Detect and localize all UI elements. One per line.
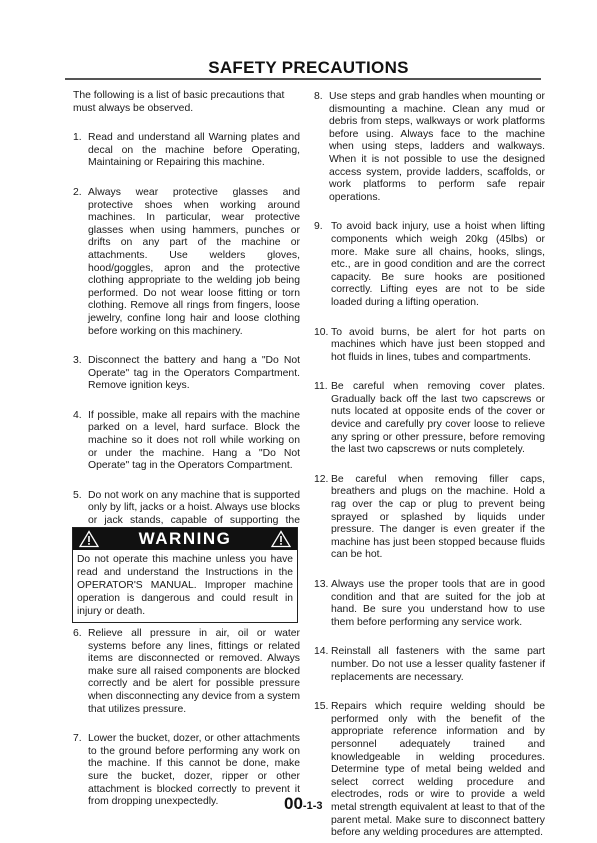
warning-text: Do not operate this machine unless you h… [73,550,297,622]
precaution-item-10: 10. To avoid burns, be alert for hot par… [314,327,545,365]
warning-triangle-icon [79,530,99,548]
item-text: Relieve all pressure in air, oil or wate… [88,628,300,715]
precaution-item-12: 12. Be careful when removing filler caps… [314,474,545,562]
item-number: 3. [73,355,82,368]
item-text: Repairs which require welding should be … [331,701,545,838]
precaution-item-4: 4. If possible, make all repairs with th… [73,410,300,473]
title-rule [65,78,541,80]
item-number: 11. [314,381,328,394]
page-number: 00-1-3 [284,794,322,814]
item-text: To avoid burns, be alert for hot parts o… [331,327,545,363]
item-number: 9. [314,221,323,234]
page-title: SAFETY PRECAUTIONS [0,58,597,78]
item-text: Always wear protective glasses and prote… [88,187,300,337]
right-column: 8. Use steps and grab handles when mount… [314,91,545,840]
item-number: 14. [314,646,328,659]
item-text: Read and understand all Warning plates a… [88,132,300,168]
item-text: Lower the bucket, dozer, or other attach… [88,733,300,807]
warning-title: WARNING [139,529,232,549]
left-column-lower: 6. Relieve all pressure in air, oil or w… [73,628,300,809]
item-number: 2. [73,187,82,200]
precaution-item-8: 8. Use steps and grab handles when mount… [314,91,545,204]
precaution-item-9: 9. To avoid back injury, use a hoist whe… [314,221,545,309]
item-number: 4. [73,410,82,423]
item-number: 15. [314,701,328,714]
item-text: Disconnect the battery and hang a "Do No… [88,355,300,391]
item-number: 1. [73,132,82,145]
item-text: Always use the proper tools that are in … [331,579,545,628]
precaution-item-3: 3. Disconnect the battery and hang a "Do… [73,355,300,393]
item-text: Be careful when removing filler caps, br… [331,474,545,561]
item-number: 13. [314,579,328,592]
item-text: Reinstall all fasteners with the same pa… [331,646,545,682]
precaution-item-2: 2. Always wear protective glasses and pr… [73,187,300,338]
page-number-sub: -1-3 [303,800,323,812]
item-number: 5. [73,490,82,503]
precaution-item-11: 11. Be careful when removing cover plate… [314,381,545,457]
precaution-item-14: 14. Reinstall all fasteners with the sam… [314,646,545,684]
precaution-item-13: 13. Always use the proper tools that are… [314,579,545,629]
item-number: 8. [314,91,323,104]
precaution-item-1: 1. Read and understand all Warning plate… [73,132,300,170]
item-number: 7. [73,733,82,746]
intro-paragraph: The following is a list of basic precaut… [73,90,300,115]
item-number: 12. [314,474,328,487]
item-text: If possible, make all repairs with the m… [88,410,300,471]
left-column: The following is a list of basic precaut… [73,90,300,540]
item-number: 6. [73,628,82,641]
item-text: Be careful when removing cover plates. G… [331,381,545,455]
warning-triangle-icon [271,530,291,548]
precaution-item-7: 7. Lower the bucket, dozer, or other att… [73,733,300,809]
item-text: Use steps and grab handles when mounting… [329,91,545,203]
warning-box: WARNING Do not operate this machine unle… [72,527,298,623]
warning-header: WARNING [73,528,297,550]
page-number-main: 00 [284,794,303,813]
precaution-item-15: 15. Repairs which require welding should… [314,701,545,840]
item-text: To avoid back injury, use a hoist when l… [331,221,545,308]
precaution-item-6: 6. Relieve all pressure in air, oil or w… [73,628,300,716]
item-number: 10. [314,327,328,340]
